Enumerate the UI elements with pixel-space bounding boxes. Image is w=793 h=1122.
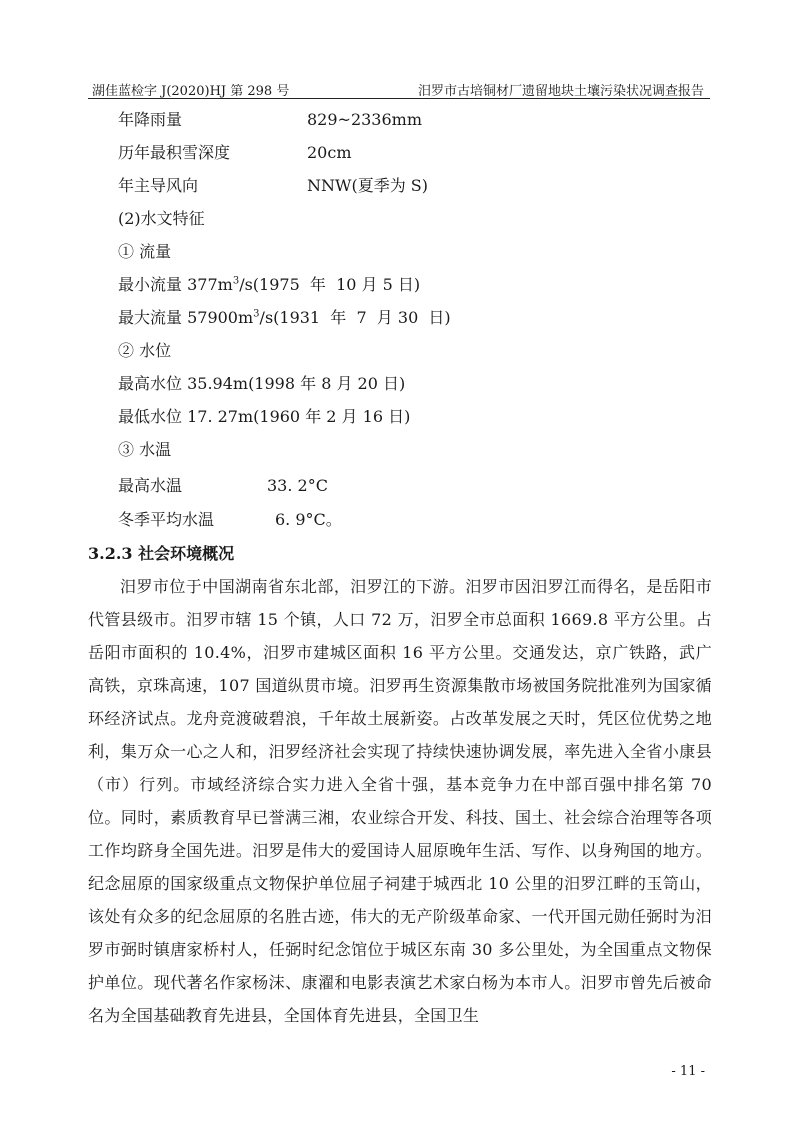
climate-value: 829~2336mm (307, 109, 422, 131)
climate-row-wind: 年主导风向 NNW(夏季为 S) (0, 175, 793, 197)
level-max: 最高水位 35.94m(1998 年 8 月 20 日) (0, 373, 793, 395)
temp-max-value: 33. 2°C (267, 475, 328, 497)
climate-value: 20cm (307, 142, 352, 164)
climate-row-snow: 历年最积雪深度 20cm (0, 142, 793, 164)
flow-max: 最大流量 57900m3/s(1931 年 7 月 30 日) (0, 307, 793, 329)
level-min-text: 最低水位 17. 27m(1960 年 2 月 16 日) (118, 406, 410, 428)
section-paragraph: 汨罗市位于中国湖南省东北部，汨罗江的下游。汨罗市因汨罗江而得名，是岳阳市代管县级… (88, 570, 712, 1032)
flow-title: ① 流量 (0, 241, 793, 263)
level-max-text: 最高水位 35.94m(1998 年 8 月 20 日) (118, 373, 405, 395)
climate-value: NNW(夏季为 S) (307, 175, 428, 197)
flow-max-text: 最大流量 57900m3/s(1931 年 7 月 30 日) (118, 307, 451, 329)
report-number: 湖佳蓝检字 J(2020)HJ 第 298 号 (92, 80, 289, 99)
temp-winter: 冬季平均水温 6. 9°C。 (0, 509, 793, 531)
flow-min-prefix: 最小流量 377m (118, 275, 233, 294)
hydro-title: (2)水文特征 (0, 208, 793, 230)
temp-winter-label: 冬季平均水温 (118, 509, 214, 531)
temp-max-label: 最高水温 (118, 475, 182, 497)
section-heading: 3.2.3 社会环境概况 (88, 541, 234, 564)
hydro-title-text: (2)水文特征 (118, 208, 205, 230)
level-min: 最低水位 17. 27m(1960 年 2 月 16 日) (0, 406, 793, 428)
temp-title: ③ 水温 (0, 439, 793, 461)
flow-min-suffix: /s(1975 年 10 月 5 日) (239, 275, 420, 294)
page-number: - 11 - (671, 1064, 705, 1079)
climate-label: 年降雨量 (118, 109, 182, 131)
report-title: 汨罗市古培铜材厂遗留地块土壤污染状况调查报告 (418, 80, 704, 99)
level-title: ② 水位 (0, 340, 793, 362)
temp-max: 最高水温 33. 2°C (0, 475, 793, 497)
page-header: 湖佳蓝检字 J(2020)HJ 第 298 号 汨罗市古培铜材厂遗留地块土壤污染… (88, 78, 710, 99)
flow-min: 最小流量 377m3/s(1975 年 10 月 5 日) (0, 274, 793, 296)
temp-winter-value: 6. 9°C。 (275, 509, 342, 531)
climate-row-rainfall: 年降雨量 829~2336mm (0, 109, 793, 131)
level-title-text: ② 水位 (118, 340, 171, 362)
flow-min-text: 最小流量 377m3/s(1975 年 10 月 5 日) (118, 274, 420, 296)
temp-title-text: ③ 水温 (118, 439, 171, 461)
climate-label: 年主导风向 (118, 175, 198, 197)
flow-max-prefix: 最大流量 57900m (118, 308, 253, 327)
flow-title-text: ① 流量 (118, 241, 171, 263)
climate-label: 历年最积雪深度 (118, 142, 230, 164)
flow-max-suffix: /s(1931 年 7 月 30 日) (260, 308, 451, 327)
